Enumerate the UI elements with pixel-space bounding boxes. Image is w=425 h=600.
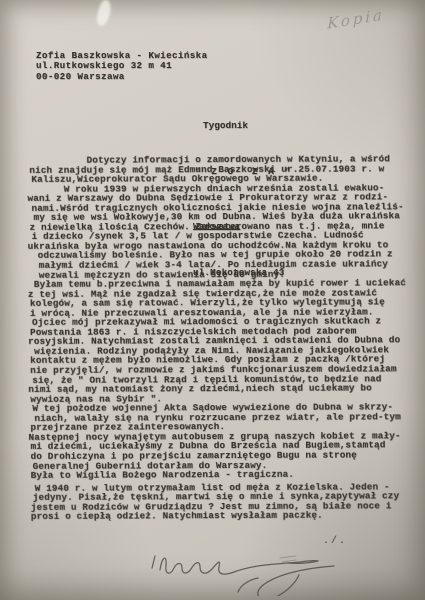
sender-address-block: Zofia Baszkowska - Kwiecińskaul.Rutkowsk… xyxy=(36,19,208,83)
letter-body: Dotyczy informacji o zamordowanych w Kat… xyxy=(29,154,417,521)
letter-body-line: z tej wsi. Mąż nie zgadzał się twierdząc… xyxy=(28,288,414,299)
letter-body-line: nimi sąd, my natomiast żony z dziećmi,ni… xyxy=(28,383,414,394)
letter-body-line: my się we wsi Wołkowyje,30 km od Dubna. … xyxy=(33,211,419,222)
letter-body-line: niach, walały się na rynku rozrzucane pr… xyxy=(34,412,420,423)
letter-body-line: Generalnej Gubernii dotarłam do Warszawy… xyxy=(33,460,419,471)
scanned-letter-page: Zofia Baszkowska - Kwiecińskaul.Rutkowsk… xyxy=(0,0,425,600)
letter-body-line: Ojciec mój przekazywał mi wiadomości o t… xyxy=(32,316,418,327)
letter-body-line: jedyny. Pisał,że tęskni, martwi się o mn… xyxy=(33,491,419,502)
recipient-publication-type: Tygodnik xyxy=(193,121,293,131)
handwritten-copy-note: Kopia xyxy=(327,5,385,32)
sender-address-line: 00-020 Warszawa xyxy=(36,72,208,83)
handwritten-signature xyxy=(138,536,363,596)
letter-body-line: Kaliszu,Wiceprokurator Sądu Okręgowego w… xyxy=(31,173,417,184)
letter-body-line: Następnej nocy wynajętym autobusem z gru… xyxy=(28,431,414,442)
letter-body-line: prosi o ciepłą odzież. Natychmiast wysła… xyxy=(31,510,417,521)
letter-body-line: więzienia. Rodziny podążyły za Nimi. Naw… xyxy=(34,345,420,356)
